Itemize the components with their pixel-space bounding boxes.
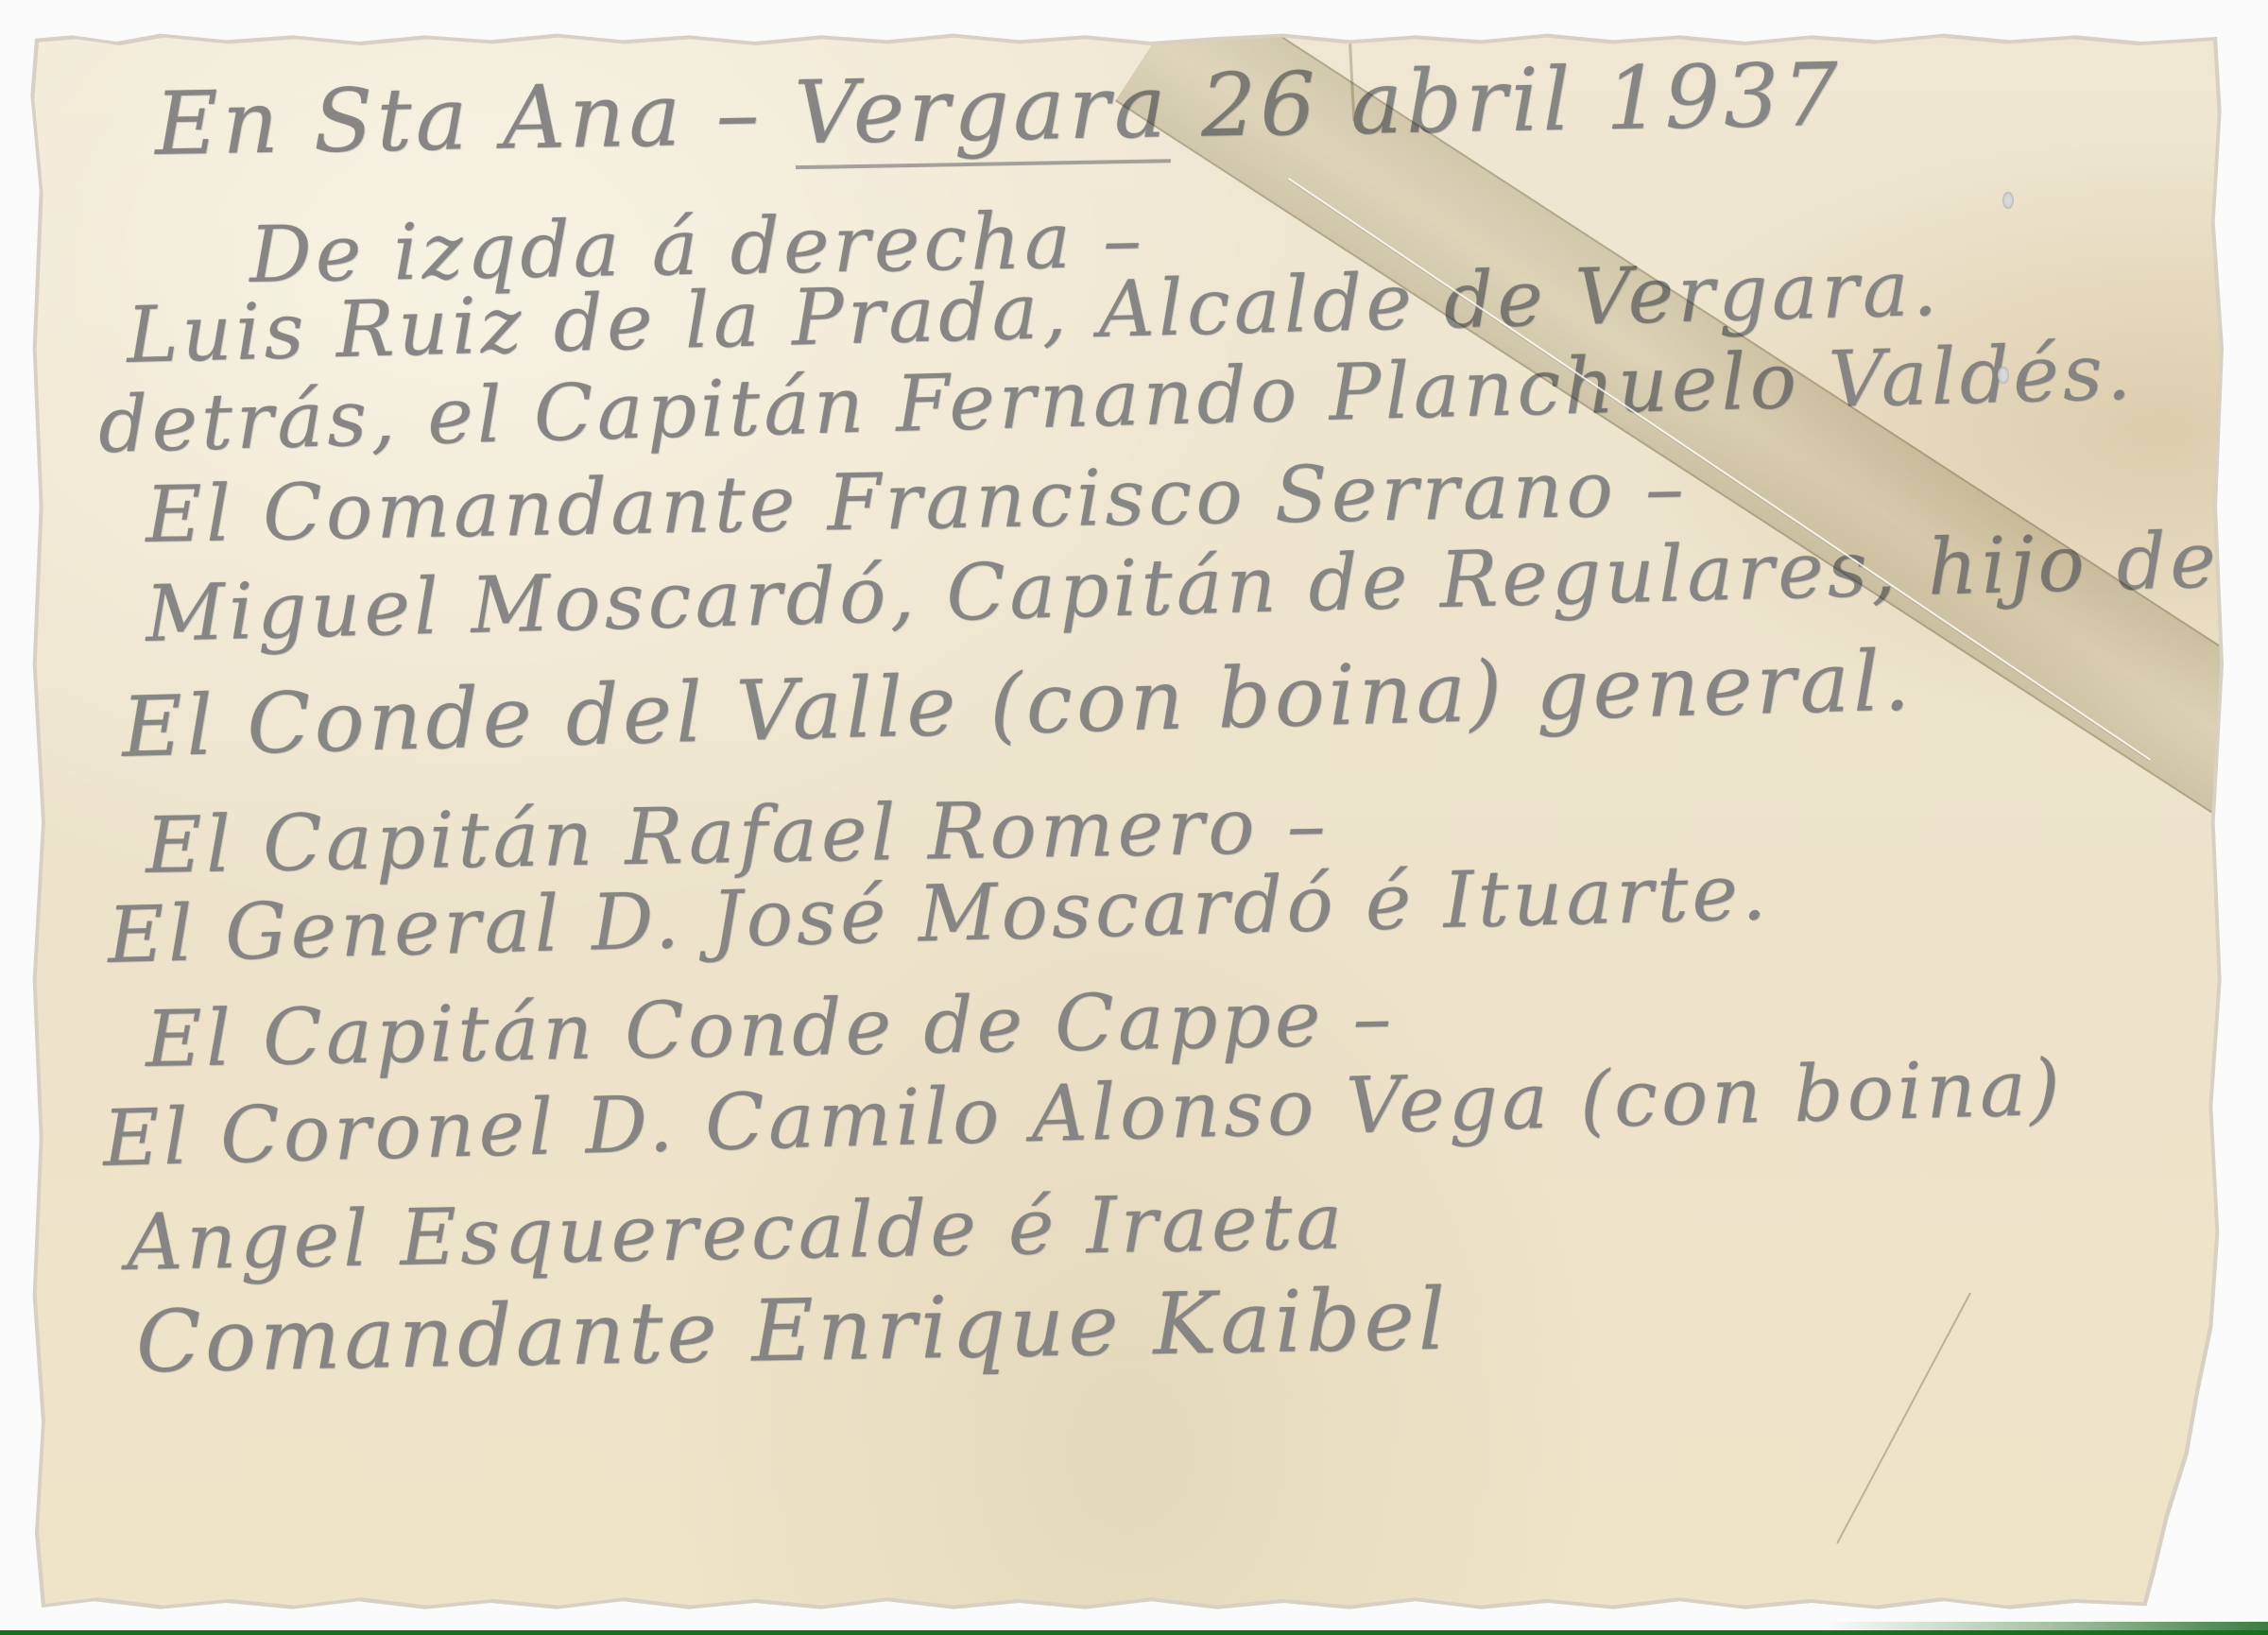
line-7-text: El Conde del Valle (con boina) general. [121, 631, 1916, 776]
bottom-green-strip [0, 1630, 2268, 1635]
line-13-text: Comandante Enrique Kaibel [135, 1270, 1450, 1392]
paper-sheet: En Sta Ana – Vergara 26 abril 1937 De iz… [32, 36, 2226, 1609]
pin-hole-middle [1998, 367, 2009, 384]
handwritten-line-12: Angel Esquerecalde é Iraeta [126, 1177, 1347, 1288]
line-12-text: Angel Esquerecalde é Iraeta [126, 1177, 1347, 1288]
line-1-town: Vergara [794, 56, 1171, 169]
bottom-gradient-fade [1824, 1622, 2268, 1630]
pin-hole-top [2002, 192, 2014, 209]
scanned-photo-back: En Sta Ana – Vergara 26 abril 1937 De iz… [0, 0, 2268, 1635]
handwritten-line-7: El Conde del Valle (con boina) general. [121, 631, 1916, 776]
line-1-prefix: En Sta Ana – [154, 62, 796, 175]
torn-corner-line [1836, 1293, 1971, 1544]
handwritten-line-13: Comandante Enrique Kaibel [135, 1270, 1450, 1392]
handwritten-line-1: En Sta Ana – Vergara 26 abril 1937 [154, 44, 1843, 175]
